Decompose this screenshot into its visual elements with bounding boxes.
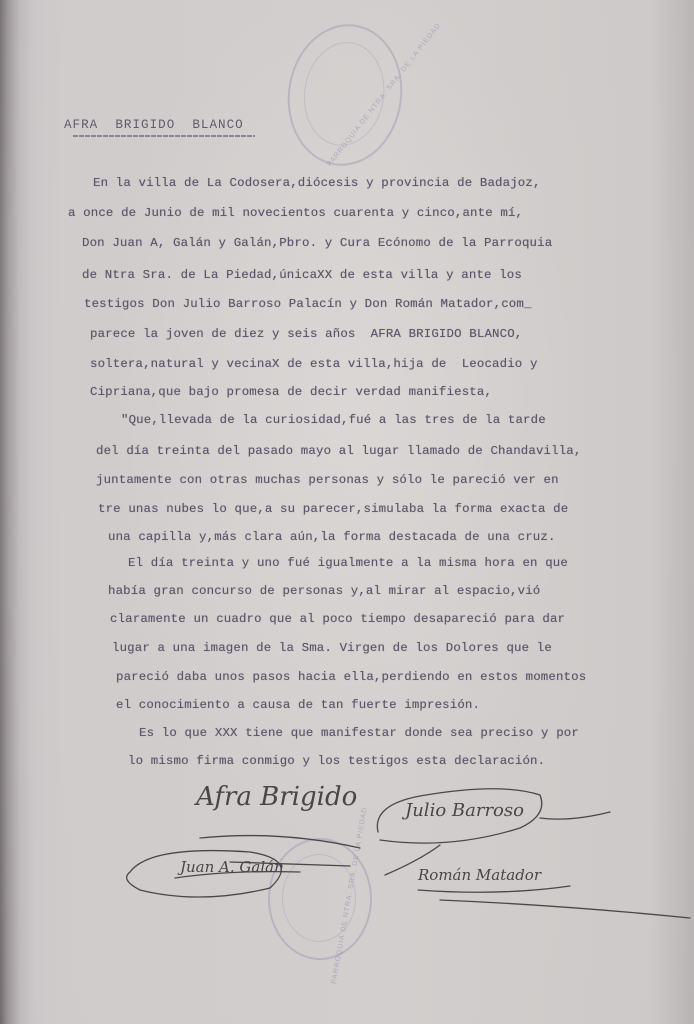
signature-declarant: Afra Brigido (196, 782, 357, 812)
signature-flourishes (0, 0, 694, 1024)
signature-priest: Juan A. Galán (180, 858, 284, 876)
signature-witness-1: Julio Barroso (405, 800, 524, 821)
signature-witness-2: Román Matador (418, 866, 541, 884)
